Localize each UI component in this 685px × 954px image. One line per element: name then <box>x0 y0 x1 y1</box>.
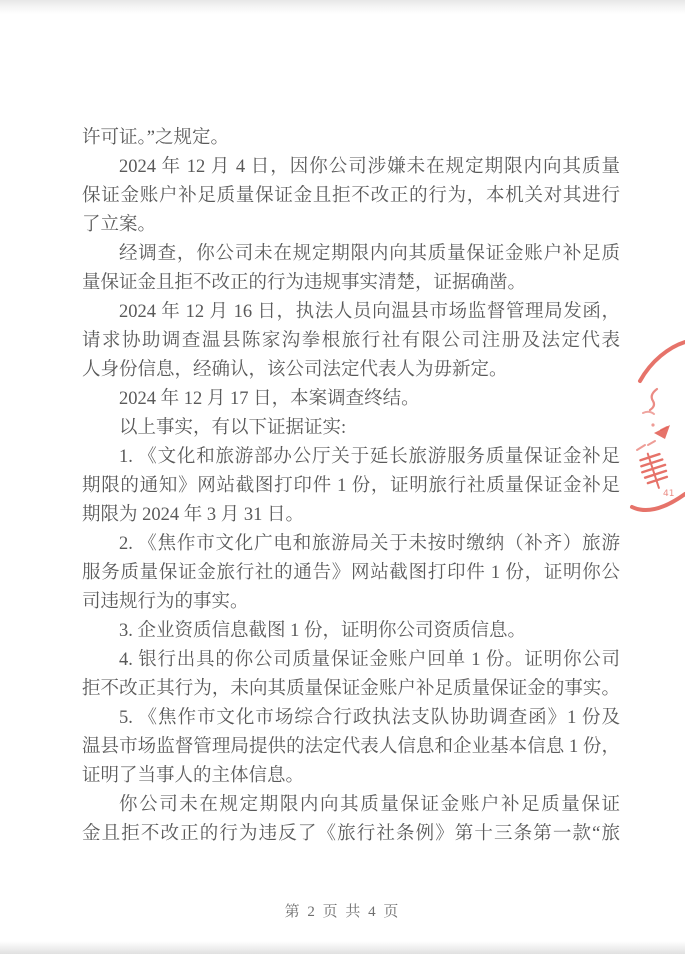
text-line: 证明了当事人的主体信息。 <box>82 762 620 791</box>
text-line: 拒不改正其行为，未向其质量保证金账户补足质量保证金的事实。 <box>82 675 620 704</box>
text-line: 温县市场监督管理局提供的法定代表人信息和企业基本信息 1 份， <box>82 733 620 762</box>
text-line: 司违规行为的事实。 <box>82 588 620 617</box>
scan-edge-bottom <box>0 940 685 954</box>
text-line: 3. 企业资质信息截图 1 份，证明你公司资质信息。 <box>82 617 620 646</box>
text-line: 期限的通知》网站截图打印件 1 份，证明旅行社质量保证金补足 <box>82 472 620 501</box>
text-line: 了立案。 <box>82 211 620 240</box>
text-line: 2024 年 12 月 16 日，执法人员向温县市场监督管理局发函， <box>82 298 620 327</box>
scanned-document-page: 许可证。”之规定。2024 年 12 月 4 日，因你公司涉嫌未在规定期限内向其… <box>0 0 685 954</box>
text-line: 2. 《焦作市文化广电和旅游局关于未按时缴纳（补齐）旅游 <box>82 530 620 559</box>
text-line: 1. 《文化和旅游部办公厅关于延长旅游服务质量保证金补足 <box>82 443 620 472</box>
text-line: 2024 年 12 月 17 日，本案调查终结。 <box>82 385 620 414</box>
text-line: 经调查，你公司未在规定期限内向其质量保证金账户补足质 <box>82 240 620 269</box>
document-body: 许可证。”之规定。2024 年 12 月 4 日，因你公司涉嫌未在规定期限内向其… <box>82 124 620 849</box>
official-seal-stamp-icon: 41 <box>623 333 685 528</box>
text-line: 服务质量保证金旅行社的通告》网站截图打印件 1 份，证明你公 <box>82 559 620 588</box>
text-line: 保证金账户补足质量保证金且拒不改正的行为，本机关对其进行 <box>82 182 620 211</box>
text-line: 5. 《焦作市文化市场综合行政执法支队协助调查函》1 份及 <box>82 704 620 733</box>
text-line: 人身份信息，经确认，该公司法定代表人为毋新定。 <box>82 356 620 385</box>
page-number: 第 2 页 共 4 页 <box>0 898 685 927</box>
text-line: 以上事实，有以下证据证实: <box>82 414 620 443</box>
text-line: 金且拒不改正的行为违反了《旅行社条例》第十三条第一款“旅 <box>82 820 620 849</box>
text-line: 4. 银行出具的你公司质量保证金账户回单 1 份。证明你公司 <box>82 646 620 675</box>
text-line: 请求协助调查温县陈家沟拳根旅行社有限公司注册及法定代表 <box>82 327 620 356</box>
scan-edge-top <box>0 0 685 16</box>
text-line: 许可证。”之规定。 <box>82 124 620 153</box>
stamp-digits: 41 <box>663 489 674 499</box>
text-line: 量保证金且拒不改正的行为违规事实清楚，证据确凿。 <box>82 269 620 298</box>
text-line: 2024 年 12 月 4 日，因你公司涉嫌未在规定期限内向其质量 <box>82 153 620 182</box>
text-line: 你公司未在规定期限内向其质量保证金账户补足质量保证 <box>82 791 620 820</box>
text-line: 期限为 2024 年 3 月 31 日。 <box>82 501 620 530</box>
